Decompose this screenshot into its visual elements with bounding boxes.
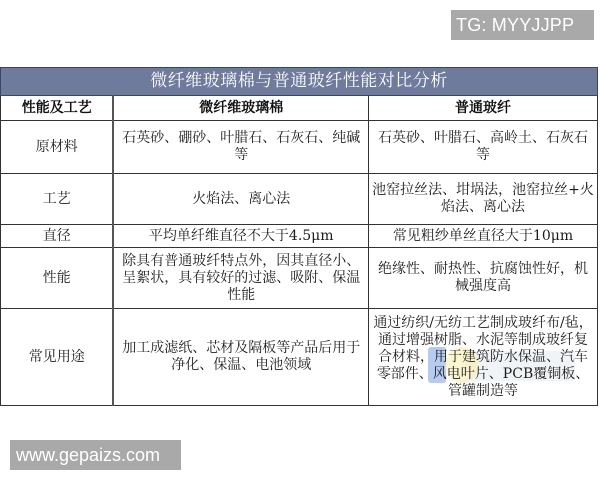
table-row-diameter: 直径 平均单纤维直径不大于4.5μm 常见粗纱单丝直径大于10μm bbox=[1, 225, 598, 248]
comparison-table: 微纤维玻璃棉与普通玻纤性能对比分析 性能及工艺 微纤维玻璃棉 普通玻纤 原材料 … bbox=[0, 67, 598, 406]
cell-microfiber: 平均单纤维直径不大于4.5μm bbox=[113, 225, 368, 248]
tg-watermark-badge: TG: MYYJJPP bbox=[451, 10, 594, 40]
header-ordinary: 普通玻纤 bbox=[369, 96, 598, 121]
row-label: 原材料 bbox=[1, 121, 114, 174]
table-header-row: 性能及工艺 微纤维玻璃棉 普通玻纤 bbox=[1, 96, 598, 121]
cell-ordinary: 池窑拉丝法、坩埚法，池窑拉丝+火焰法、离心法 bbox=[369, 174, 598, 225]
table-row-raw-material: 原材料 石英砂、硼砂、叶腊石、石灰石、纯碱等 石英砂、叶腊石、高岭土、石灰石等 bbox=[1, 121, 598, 174]
site-watermark-badge: www.gepaizs.com bbox=[10, 440, 181, 470]
row-label: 常见用途 bbox=[1, 309, 114, 406]
table-title-row: 微纤维玻璃棉与普通玻纤性能对比分析 bbox=[1, 68, 598, 96]
comparison-table-container: 微纤维玻璃棉与普通玻纤性能对比分析 性能及工艺 微纤维玻璃棉 普通玻纤 原材料 … bbox=[0, 67, 598, 406]
cell-microfiber: 火焰法、离心法 bbox=[113, 174, 368, 225]
row-label: 工艺 bbox=[1, 174, 114, 225]
cell-ordinary: 绝缘性、耐热性、抗腐蚀性好，机械强度高 bbox=[369, 248, 598, 309]
cell-microfiber: 除具有普通玻纤特点外，因其直径小、呈絮状，具有较好的过滤、吸附、保温性能 bbox=[113, 248, 368, 309]
cell-ordinary: 石英砂、叶腊石、高岭土、石灰石等 bbox=[369, 121, 598, 174]
table-title: 微纤维玻璃棉与普通玻纤性能对比分析 bbox=[1, 68, 598, 96]
cell-ordinary: 通过纺织/无纺工艺制成玻纤布/毡，通过增强树脂、水泥等制成玻纤复合材料，用于建筑… bbox=[369, 309, 598, 406]
header-microfiber: 微纤维玻璃棉 bbox=[113, 96, 368, 121]
table-row-performance: 性能 除具有普通玻纤特点外，因其直径小、呈絮状，具有较好的过滤、吸附、保温性能 … bbox=[1, 248, 598, 309]
cell-microfiber: 加工成滤纸、芯材及隔板等产品后用于净化、保温、电池领域 bbox=[113, 309, 368, 406]
table-row-process: 工艺 火焰法、离心法 池窑拉丝法、坩埚法，池窑拉丝+火焰法、离心法 bbox=[1, 174, 598, 225]
row-label: 直径 bbox=[1, 225, 114, 248]
cell-ordinary: 常见粗纱单丝直径大于10μm bbox=[369, 225, 598, 248]
cell-ordinary-text: 通过纺织/无纺工艺制成玻纤布/毡，通过增强树脂、水泥等制成玻纤复合材料，用于建筑… bbox=[373, 315, 592, 399]
cell-microfiber: 石英砂、硼砂、叶腊石、石灰石、纯碱等 bbox=[113, 121, 368, 174]
header-property: 性能及工艺 bbox=[1, 96, 114, 121]
table-row-common-uses: 常见用途 加工成滤纸、芯材及隔板等产品后用于净化、保温、电池领域 通过纺织/无纺… bbox=[1, 309, 598, 406]
row-label: 性能 bbox=[1, 248, 114, 309]
